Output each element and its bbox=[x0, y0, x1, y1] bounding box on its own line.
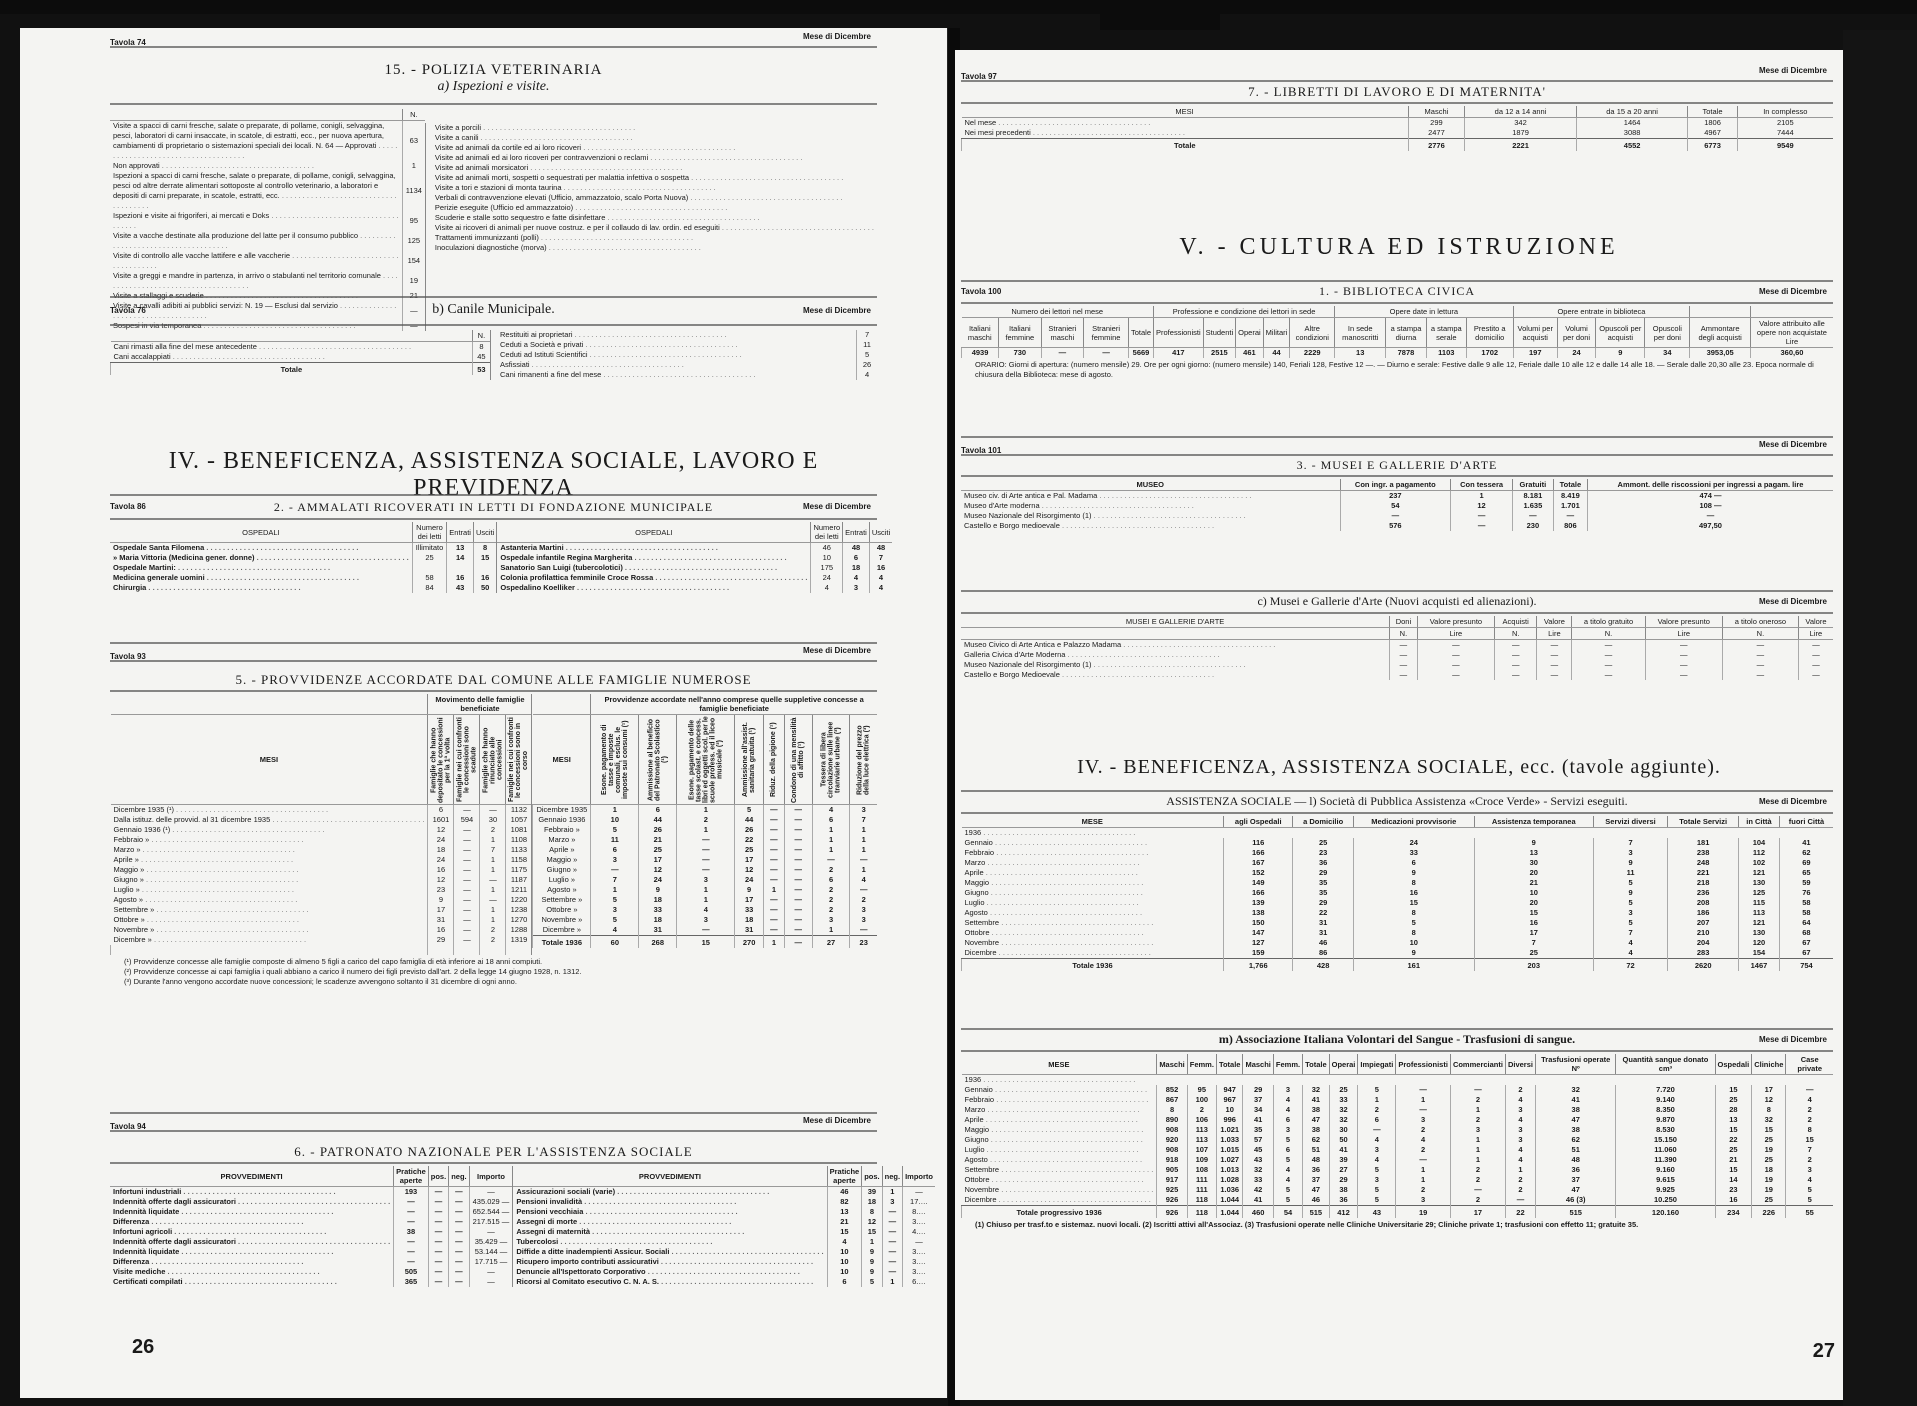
table-cell: 217.515 — bbox=[469, 1217, 512, 1227]
table-title: 3. - MUSEI E GALLERIE D'ARTE bbox=[961, 458, 1833, 473]
table-cell: 3.… bbox=[903, 1217, 935, 1227]
table-cell: 1 bbox=[850, 825, 877, 835]
table-cell: — bbox=[784, 915, 812, 925]
table-cell: 417 bbox=[1154, 348, 1204, 359]
row-label: Museo civ. di Arte antica e Pal. Madama bbox=[961, 491, 1340, 502]
kennel-table-right: Restituiti ai proprietari7Ceduti a Socie… bbox=[497, 330, 877, 380]
table-cell: — bbox=[449, 1267, 469, 1277]
table-row: Perizie eseguite (Ufficio ed ammazzatoio… bbox=[432, 203, 877, 213]
table-cell: 1220 bbox=[506, 895, 532, 905]
table-row: Galleria Civica d'Arte Moderna———————— bbox=[961, 650, 1833, 660]
table-cell: 208 bbox=[1668, 898, 1739, 908]
table-cell: 497,50 bbox=[1588, 521, 1834, 531]
section-v-title: V. - CULTURA ED ISTRUZIONE bbox=[955, 234, 1843, 261]
table-cell: 7878 bbox=[1386, 348, 1426, 359]
table-cell: 2 bbox=[480, 925, 506, 935]
column-header: Servizi diversi bbox=[1593, 816, 1667, 828]
table-cell: 7.720 bbox=[1616, 1085, 1715, 1095]
table-cell: 41 bbox=[1243, 1115, 1273, 1125]
month-label: Mese di Dicembre bbox=[803, 646, 871, 655]
table-cell: 20 bbox=[1474, 868, 1593, 878]
table-cell: 10 bbox=[1474, 888, 1593, 898]
table-cell: — bbox=[784, 895, 812, 905]
table-row: Certificati compilati365——— bbox=[110, 1277, 512, 1287]
table-cell: 5 bbox=[591, 895, 639, 905]
table-row: Scuderie e stalle sotto sequestro e fatt… bbox=[432, 213, 877, 223]
table-cell: — bbox=[763, 865, 784, 875]
table-cell: 3.… bbox=[903, 1247, 935, 1257]
table-cell: 150 bbox=[1224, 918, 1293, 928]
table-cell: 3 bbox=[677, 875, 735, 885]
column-header: Medicazioni provvisorie bbox=[1353, 816, 1474, 828]
row-label: Visite a vacche destinate alla produzion… bbox=[110, 231, 402, 251]
table-cell: 461 bbox=[1236, 348, 1264, 359]
table-cell: 6.… bbox=[903, 1277, 935, 1287]
table-cell: 1 bbox=[402, 161, 425, 171]
table-cell: — bbox=[394, 1217, 429, 1227]
table-cell: — bbox=[454, 935, 480, 945]
column-group-header: Opere date in lettura bbox=[1335, 306, 1513, 318]
column-header: a Domicilio bbox=[1293, 816, 1353, 828]
row-label: Ricorsi al Comitato esecutivo C. N. A. S… bbox=[513, 1277, 827, 1287]
table-cell: — bbox=[763, 835, 784, 845]
table-cell: 5 bbox=[591, 915, 639, 925]
column-header: Studenti bbox=[1203, 318, 1236, 348]
table-cell: 1 bbox=[812, 825, 850, 835]
table-cell: 24 bbox=[735, 875, 763, 885]
table-row: Ceduti ad Istituti Scientifici5 bbox=[497, 350, 877, 360]
table-cell: 4939 bbox=[962, 348, 999, 359]
table-cell: 2 bbox=[812, 905, 850, 915]
table-cell: 48 bbox=[1535, 1155, 1615, 1165]
table-cell: 47 bbox=[1535, 1185, 1615, 1195]
table-cell: — bbox=[1722, 640, 1798, 651]
table-cell: 3 bbox=[850, 905, 877, 915]
table-cell: — bbox=[428, 1237, 448, 1247]
table-row: Castello e Borgo Medioevale———————— bbox=[961, 670, 1833, 680]
column-header: N. bbox=[1390, 628, 1418, 640]
row-label: Marzo » bbox=[111, 845, 428, 855]
table-row: Marzo »18—71133 bbox=[111, 845, 532, 855]
table-row: Denuncie all'Ispettorato Corporativo109—… bbox=[513, 1267, 935, 1277]
row-label: Settembre bbox=[962, 918, 1224, 928]
row-label: Differenza bbox=[110, 1257, 394, 1267]
table-cell: 47 bbox=[1303, 1185, 1330, 1195]
table-cell: 33 bbox=[639, 905, 677, 915]
row-label: Agosto bbox=[962, 1155, 1157, 1165]
table-cell: 2221 bbox=[1465, 139, 1577, 152]
table-row: Ceduti a Società e privati11 bbox=[497, 340, 877, 350]
table-cell: 125 bbox=[1739, 888, 1780, 898]
table-cell: 147 bbox=[1224, 928, 1293, 938]
table-cell: 1806 bbox=[1688, 118, 1737, 129]
table-cell: 3088 bbox=[1576, 128, 1688, 139]
table-cell: 29 bbox=[1243, 1085, 1273, 1095]
column-header: da 15 a 20 anni bbox=[1576, 106, 1688, 118]
table-cell: 8 bbox=[1353, 928, 1474, 938]
row-label: Cani rimasti alla fine del mese antecede… bbox=[111, 342, 473, 353]
table-cell: 218 bbox=[1668, 878, 1739, 888]
table-row: Dicembre »431—31——1— bbox=[533, 925, 877, 936]
table-cell: 36 bbox=[1535, 1165, 1615, 1175]
row-label: Medicina generale uomini bbox=[110, 573, 412, 583]
table-cell: 22 bbox=[735, 835, 763, 845]
table-cell: 2 bbox=[1786, 1105, 1833, 1115]
table-row: Ispezioni e visite ai frigoriferi, ai me… bbox=[110, 211, 425, 231]
table-cell: 2 bbox=[1786, 1155, 1833, 1165]
row-label: Settembre » bbox=[111, 905, 428, 915]
row-label: Visite ad animali ed ai loro ricoveri pe… bbox=[432, 153, 877, 163]
table-cell: 237 bbox=[1340, 491, 1451, 502]
column-header: Volumi per acquisti bbox=[1513, 318, 1557, 348]
month-label: Mese di Dicembre bbox=[803, 502, 871, 511]
table-cell: 54 bbox=[1340, 501, 1451, 511]
column-header: Opuscoli per acquisti bbox=[1596, 318, 1645, 348]
table-cell bbox=[1750, 306, 1833, 318]
table-cell: 1 bbox=[812, 845, 850, 855]
table-cell: 21 bbox=[827, 1217, 862, 1227]
table-row: Luglio »724324——64 bbox=[533, 875, 877, 885]
table-cell: 238 bbox=[1668, 848, 1739, 858]
table-cell: 5 bbox=[1358, 1185, 1396, 1195]
table-cell: 8 bbox=[1353, 908, 1474, 918]
table-cell: — bbox=[428, 1187, 448, 1198]
table-cell: 18 bbox=[1752, 1165, 1786, 1175]
table-cell: 4 bbox=[1273, 1165, 1302, 1175]
column-group-header: Opere entrate in biblioteca bbox=[1513, 306, 1690, 318]
table-cell: 3 bbox=[1505, 1135, 1535, 1145]
table-cell: 1 bbox=[1450, 1105, 1505, 1115]
table-cell: 25 bbox=[1752, 1195, 1786, 1206]
table-cell: 1 bbox=[1505, 1165, 1535, 1175]
table-cell: 6 bbox=[843, 553, 870, 563]
table-cell: 26 bbox=[735, 825, 763, 835]
table-cell: — bbox=[469, 1187, 512, 1198]
table-cell: 10 bbox=[1216, 1105, 1243, 1115]
row-label: Ottobre » bbox=[111, 915, 428, 925]
table-cell: — bbox=[1450, 1185, 1505, 1195]
table-cell: 44 bbox=[639, 815, 677, 825]
table-row: Ricupero importo contributi assicurativi… bbox=[513, 1257, 935, 1267]
table-row: Visite ai ricoveri di animali per nuove … bbox=[432, 223, 877, 233]
column-header: Cliniche bbox=[1752, 1054, 1786, 1075]
table-cell: 16 bbox=[428, 865, 454, 875]
table-cell: 1.013 bbox=[1216, 1165, 1243, 1175]
table-row: Agosto9181091.02743548394—144811.3902125… bbox=[962, 1155, 1834, 1165]
table-row: Gennaio8529594729332255——2327.7201517— bbox=[962, 1085, 1834, 1095]
table-cell bbox=[480, 945, 506, 955]
table-cell: 10 bbox=[827, 1267, 862, 1277]
table-cell: 36 bbox=[1293, 858, 1353, 868]
row-label: Gennaio bbox=[962, 1085, 1157, 1095]
column-header: PROVVEDIMENTI bbox=[513, 1166, 827, 1187]
table-cell: 108 — bbox=[1588, 501, 1834, 511]
column-header: Lire bbox=[1798, 628, 1833, 640]
table-cell: — bbox=[394, 1237, 429, 1247]
table-cell: 23 bbox=[850, 936, 877, 949]
table-cell: 2 bbox=[1450, 1175, 1505, 1185]
table-cell: 19 bbox=[1752, 1175, 1786, 1185]
table-cell: 25 bbox=[1293, 838, 1353, 848]
table-cell: 908 bbox=[1157, 1125, 1187, 1135]
table-row: Febbraio86710096737441331124419.14025124 bbox=[962, 1095, 1834, 1105]
table-row: Infortuni agricoli38——— bbox=[110, 1227, 512, 1237]
column-header: MUSEO bbox=[961, 479, 1340, 491]
table-cell: 1.044 bbox=[1216, 1195, 1243, 1206]
table-cell: 22 bbox=[1715, 1135, 1752, 1145]
table-row: Ospedalino Koelliker434 bbox=[497, 583, 892, 593]
table-row: Movimento delle famiglie beneficiate bbox=[111, 694, 532, 715]
table-cell: 1103 bbox=[1426, 348, 1466, 359]
table-cell: 106 bbox=[1187, 1115, 1216, 1125]
section-iv-added-title: IV. - BENEFICENZA, ASSISTENZA SOCIALE, e… bbox=[955, 756, 1843, 779]
table-cell: 25 bbox=[1329, 1085, 1358, 1095]
table-cell: 37 bbox=[1535, 1175, 1615, 1185]
table-cell: 5669 bbox=[1129, 348, 1154, 359]
table-row: Novembre »518318——33 bbox=[533, 915, 877, 925]
table-cell: 113 bbox=[1187, 1125, 1216, 1135]
table-cell: 37 bbox=[1303, 1175, 1330, 1185]
tavola-93: Tavola 93 Mese di Dicembre 5. - PROVVIDE… bbox=[20, 640, 947, 989]
table-row: Agosto13822815318611358 bbox=[962, 908, 1834, 918]
table-row: » Maria Vittoria (Medicina gener. donne)… bbox=[110, 553, 496, 563]
table-cell: 9 bbox=[1596, 348, 1645, 359]
table-cell: — bbox=[1084, 348, 1129, 359]
table-cell: 3.… bbox=[903, 1267, 935, 1277]
table-cell: 2 bbox=[1505, 1185, 1535, 1195]
hospital-table-right: OSPEDALINumero dei lettiEntratiUscitiAst… bbox=[497, 522, 892, 593]
table-row: Ottobre9171111.02833437293122379.6151419… bbox=[962, 1175, 1834, 1185]
table-subtitle: b) Canile Municipale. bbox=[110, 300, 877, 318]
column-header: Acquisti bbox=[1495, 616, 1537, 628]
table-cell: — bbox=[449, 1277, 469, 1287]
table-cell: 8 bbox=[862, 1207, 882, 1217]
table-cell: — bbox=[1390, 670, 1418, 680]
table-cell: 45 bbox=[472, 352, 490, 363]
row-label: Settembre bbox=[962, 1165, 1157, 1175]
table-row: Assicurazioni sociali (varie)46391— bbox=[513, 1187, 935, 1198]
table-row: Visite a spacci di carni fresche, salate… bbox=[110, 121, 425, 162]
column-header: Valore presunto bbox=[1645, 616, 1722, 628]
table-cell: 116 bbox=[1224, 838, 1293, 848]
croce-verde-table: MESEagli Ospedalia DomicilioMedicazioni … bbox=[961, 816, 1833, 971]
table-cell: — bbox=[1645, 670, 1722, 680]
table-cell: 17.… bbox=[903, 1197, 935, 1207]
row-label: Restituiti ai proprietari bbox=[497, 330, 857, 340]
table-cell: 15 bbox=[1715, 1125, 1752, 1135]
table-cell: — bbox=[850, 925, 877, 936]
table-cell: 1 bbox=[850, 845, 877, 855]
table-cell: — bbox=[763, 915, 784, 925]
footnote: (¹) Provvidenze concesse alle famiglie c… bbox=[124, 957, 863, 967]
table-cell: — bbox=[1505, 1195, 1535, 1206]
month-label: Mese di Dicembre bbox=[803, 306, 871, 315]
table-cell: 207 bbox=[1668, 918, 1739, 928]
row-label: Luglio » bbox=[111, 885, 428, 895]
table-row: Visite a canili bbox=[432, 133, 877, 143]
table-cell: — bbox=[1396, 1085, 1451, 1095]
column-header: Prestito a domicilio bbox=[1466, 318, 1513, 348]
table-row: MESEMaschiFemm.TotaleMaschiFemm.TotaleOp… bbox=[962, 1054, 1834, 1075]
table-row: Indennità offerte dagli assicuratori———4… bbox=[110, 1197, 512, 1207]
table-row: Differenza———17.715 — bbox=[110, 1257, 512, 1267]
table-cell: 1 bbox=[480, 905, 506, 915]
table-cell: 6 bbox=[827, 1277, 862, 1287]
table-cell: 730 bbox=[999, 348, 1042, 359]
table-row: Indennità liquidate———53.144 — bbox=[110, 1247, 512, 1257]
table-row: Agosto »9——1220 bbox=[111, 895, 532, 905]
table-cell: — bbox=[449, 1187, 469, 1198]
column-header: Usciti bbox=[473, 522, 496, 543]
tavola-74: Tavola 74 Mese di Dicembre 15. - POLIZIA… bbox=[20, 32, 947, 331]
footnotes: (¹) Provvidenze concesse alle famiglie c… bbox=[110, 955, 877, 989]
table-cell: 42 bbox=[1243, 1185, 1273, 1195]
table-cell: 166 bbox=[1224, 888, 1293, 898]
table-row: Diffide a ditte inadempienti Assicur. So… bbox=[513, 1247, 935, 1257]
table-cell: 55 bbox=[1786, 1206, 1833, 1219]
table-cell: 3 bbox=[1505, 1125, 1535, 1135]
table-cell: 130 bbox=[1739, 878, 1780, 888]
table-row: Giugno166351610923612576 bbox=[962, 888, 1834, 898]
column-header: Maschi bbox=[1243, 1054, 1273, 1075]
column-header: Valore bbox=[1537, 616, 1572, 628]
month-label: Mese di Dicembre bbox=[1759, 66, 1827, 75]
table-cell: 2 bbox=[812, 895, 850, 905]
table-cell: — bbox=[1537, 650, 1572, 660]
table-row: MESIFamiglie che hanno depositato le con… bbox=[111, 715, 532, 805]
column-header: Assistenza temporanea bbox=[1474, 816, 1593, 828]
column-header: MESI bbox=[962, 106, 1409, 118]
total-value: 53 bbox=[472, 363, 490, 376]
total-label: Totale bbox=[962, 139, 1409, 152]
table-cell: 193 bbox=[394, 1187, 429, 1198]
row-label: Indennità offerte dagli assicuratori bbox=[110, 1197, 394, 1207]
table-cell: 8 bbox=[473, 543, 496, 554]
column-header: Altre condizioni bbox=[1290, 318, 1335, 348]
table-row: Museo Nazionale del Risorgimento (1)————… bbox=[961, 660, 1833, 670]
table-cell: 221 bbox=[1668, 868, 1739, 878]
table-cell: 9.140 bbox=[1616, 1095, 1715, 1105]
table-cell: 154 bbox=[402, 251, 425, 271]
table-cell: 6 bbox=[591, 845, 639, 855]
table-cell: — bbox=[454, 895, 480, 905]
scan-top-notch bbox=[1100, 0, 1220, 30]
table-cell: 7 bbox=[1474, 938, 1593, 948]
table-row: Luglio139291520520811558 bbox=[962, 898, 1834, 908]
table-cell: — bbox=[677, 855, 735, 865]
table-cell: 1.036 bbox=[1216, 1185, 1243, 1195]
row-label: Assicurazioni sociali (varie) bbox=[513, 1187, 827, 1198]
table-cell: 1.015 bbox=[1216, 1145, 1243, 1155]
row-label: Ceduti a Società e privati bbox=[497, 340, 857, 350]
table-cell: 33 bbox=[735, 905, 763, 915]
table-row: Castello e Borgo medioevale576—230806497… bbox=[961, 521, 1833, 531]
table-cell: — bbox=[449, 1237, 469, 1247]
table-row: Chirurgia844350 bbox=[110, 583, 496, 593]
column-header: Totale bbox=[1216, 1054, 1243, 1075]
table-row: Novembre12746107420412067 bbox=[962, 938, 1834, 948]
table-row: Assegni di morte2112—3.… bbox=[513, 1217, 935, 1227]
table-row: Novembre »16—21288 bbox=[111, 925, 532, 935]
row-label: Visite a tori e stazioni di monta taurin… bbox=[432, 183, 877, 193]
table-cell: 18 bbox=[735, 915, 763, 925]
row-label: Ospedale infantile Regina Margherita bbox=[497, 553, 811, 563]
table-cell: — bbox=[1451, 511, 1513, 521]
column-header: Professionisti bbox=[1154, 318, 1204, 348]
table-cell: 2 bbox=[1450, 1165, 1505, 1175]
table-row: Inoculazioni diagnostiche (morva) bbox=[432, 243, 877, 253]
year-label: 1936 bbox=[962, 1075, 1157, 1086]
table-cell: 24 bbox=[1557, 348, 1595, 359]
table-row: Non approvati1 bbox=[110, 161, 425, 171]
column-header: N. bbox=[1572, 628, 1645, 640]
table-cell: 9 bbox=[1353, 948, 1474, 959]
row-label: Giugno » bbox=[111, 875, 428, 885]
table-cell: 3 bbox=[591, 905, 639, 915]
row-label: Ricupero importo contributi assicurativi bbox=[513, 1257, 827, 1267]
table-cell: 15 bbox=[473, 553, 496, 563]
column-header: in Città bbox=[1739, 816, 1780, 828]
table-row: Indennità liquidate———652.544 — bbox=[110, 1207, 512, 1217]
table-cell: 925 bbox=[1157, 1185, 1187, 1195]
column-header: Ospedali bbox=[1715, 1054, 1752, 1075]
table-cell: 32 bbox=[1535, 1085, 1615, 1095]
table-cell: 10 bbox=[811, 553, 843, 563]
table-cell: — bbox=[469, 1277, 512, 1287]
column-header: Con tessera bbox=[1451, 479, 1513, 491]
library-hours: ORARIO: Giorni di apertura: (numero mens… bbox=[961, 358, 1833, 382]
tavola-sangue: m) Associazione Italiana Volontari del S… bbox=[955, 1026, 1843, 1232]
table-cell: 13 bbox=[1715, 1115, 1752, 1125]
column-header: Stranieri femmine bbox=[1084, 318, 1129, 348]
table-cell: — bbox=[1340, 511, 1451, 521]
column-header: Importo bbox=[903, 1166, 935, 1187]
column-header: Valore attribuito alle opere non acquist… bbox=[1750, 318, 1833, 348]
table-cell: 1 bbox=[812, 925, 850, 936]
row-label: Gennaio bbox=[962, 838, 1224, 848]
column-header: Ammissione all'assist. sanitaria gratuit… bbox=[735, 715, 763, 805]
table-cell: 4552 bbox=[1576, 139, 1688, 152]
museums-table: MUSEOCon ingr. a pagamentoCon tesseraGra… bbox=[961, 479, 1833, 531]
table-cell: — bbox=[1495, 640, 1537, 651]
right-page: Tavola 97 Mese di Dicembre 7. - LIBRETTI… bbox=[955, 50, 1843, 1400]
column-header: neg. bbox=[449, 1166, 469, 1187]
table-cell: 31 bbox=[428, 915, 454, 925]
tavola-label: Tavola 76 bbox=[110, 306, 146, 315]
table-cell: 31 bbox=[1293, 918, 1353, 928]
column-header: Pratiche aperte bbox=[827, 1166, 862, 1187]
row-label: Aprile » bbox=[111, 855, 428, 865]
table-cell: 1 bbox=[591, 805, 639, 816]
table-cell: — bbox=[454, 915, 480, 925]
table-cell: 5 bbox=[862, 1277, 882, 1287]
tavola-libretti: Tavola 97 Mese di Dicembre 7. - LIBRETTI… bbox=[955, 66, 1843, 151]
table-cell: 9 bbox=[1593, 888, 1667, 898]
table-cell: 8 bbox=[1786, 1125, 1833, 1135]
table-cell: 18 bbox=[862, 1197, 882, 1207]
row-label: Ospedale Santa Filomena bbox=[110, 543, 412, 554]
table-cell: — bbox=[882, 1207, 902, 1217]
table-cell: — bbox=[882, 1267, 902, 1277]
row-label: Marzo bbox=[962, 1105, 1157, 1115]
table-cell: 17 bbox=[1752, 1085, 1786, 1095]
table-cell: 9 bbox=[1474, 838, 1593, 848]
row-label: Ottobre bbox=[962, 928, 1224, 938]
table-cell: 4 bbox=[850, 875, 877, 885]
table-cell: 130 bbox=[1739, 928, 1780, 938]
table-cell: — bbox=[1572, 670, 1645, 680]
table-row: Pensioni vecchiaia138—8.… bbox=[513, 1207, 935, 1217]
